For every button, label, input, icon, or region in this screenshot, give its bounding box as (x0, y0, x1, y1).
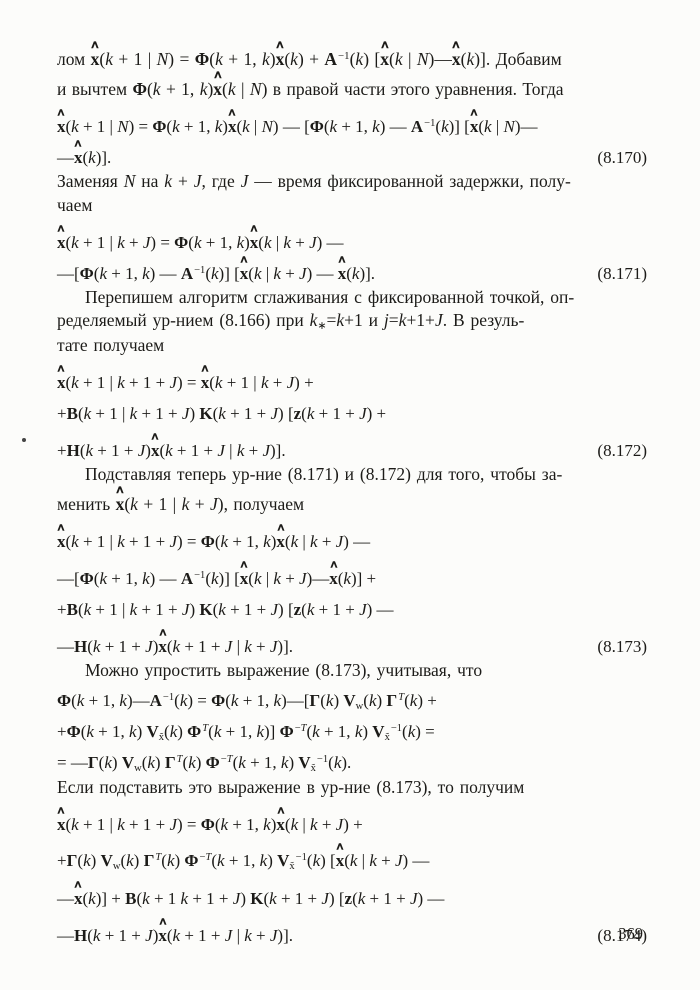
line-text: и вычтем Φ(k + 1, k)x(k | N) в правой ча… (57, 79, 564, 102)
document-line: ределяемый ур-нием (8.166) при k∗=k+1 и … (57, 310, 647, 334)
line-text: Подставляя теперь ур-ние (8.171) и (8.17… (57, 464, 562, 487)
line-text: —x(k)]. (57, 148, 111, 170)
document-line: чаем (57, 194, 647, 218)
line-text: x(k + 1 | N) = Φ(k + 1, k)x(k | N) — [Φ(… (57, 117, 537, 139)
line-text: —x(k)] + B(k + 1 k + 1 + J) K(k + 1 + J)… (57, 889, 444, 911)
document-line: +B(k + 1 | k + 1 + J) K(k + 1 + J) [z(k … (57, 395, 647, 426)
equation-number: (8.170) (597, 148, 647, 170)
document-line: x(k + 1 | k + 1 + J) = Φ(k + 1, k)x(k | … (57, 800, 647, 837)
line-text: менить x(k + 1 | k + J), получаем (57, 494, 304, 517)
document-line: x(k + 1 | k + 1 + J) = Φ(k + 1, k)x(k | … (57, 517, 647, 554)
line-text: ределяемый ур-нием (8.166) при k∗=k+1 и … (57, 310, 524, 334)
line-text: = —Γ(k) Vw(k) ΓT(k) Φ−T(k + 1, k) Vx̃−1(… (57, 753, 351, 776)
document-line: тате получаем (57, 334, 647, 358)
document-line: и вычтем Φ(k + 1, k)x(k | N) в правой ча… (57, 72, 647, 102)
document-line: лом x(k + 1 | N) = Φ(k + 1, k)x(k) + A−1… (57, 42, 647, 72)
document-line: —H(k + 1 + J)x(k + 1 + J | k + J)]. (8.1… (57, 622, 647, 659)
equation-number: (8.171) (597, 264, 647, 286)
document-line: менить x(k + 1 | k + J), получаем (57, 487, 647, 517)
line-text: +Φ(k + 1, k) Vx̃(k) ΦT(k + 1, k)] Φ−T(k … (57, 722, 435, 745)
line-text: x(k + 1 | k + 1 + J) = x(k + 1 | k + J) … (57, 373, 314, 395)
document-line: —[Φ(k + 1, k) — A−1(k)] [x(k | k + J)—x(… (57, 554, 647, 591)
document-line: Φ(k + 1, k)—A−1(k) = Φ(k + 1, k)—[Γ(k) V… (57, 683, 647, 714)
document-line: x(k + 1 | k + 1 + J) = x(k + 1 | k + J) … (57, 358, 647, 395)
document-line: —H(k + 1 + J)x(k + 1 + J | k + J)]. (8.1… (57, 911, 647, 948)
line-text: +B(k + 1 | k + 1 + J) K(k + 1 + J) [z(k … (57, 404, 386, 426)
line-text: x(k + 1 | k + 1 + J) = Φ(k + 1, k)x(k | … (57, 532, 370, 554)
line-text: Перепишем алгоритм сглаживания с фиксиро… (57, 287, 574, 310)
line-text: чаем (57, 195, 92, 218)
document-line: —x(k)] + B(k + 1 k + 1 + J) K(k + 1 + J)… (57, 874, 647, 911)
document-line: = —Γ(k) Vw(k) ΓT(k) Φ−T(k + 1, k) Vx̃−1(… (57, 745, 647, 776)
document-line: x(k + 1 | k + J) = Φ(k + 1, k)x(k | k + … (57, 218, 647, 255)
document-line: Если подставить это выражение в ур-ние (… (57, 776, 647, 800)
line-text: —H(k + 1 + J)x(k + 1 + J | k + J)]. (57, 637, 293, 659)
document-line: +Φ(k + 1, k) Vx̃(k) ΦT(k + 1, k)] Φ−T(k … (57, 714, 647, 745)
page-text: лом x(k + 1 | N) = Φ(k + 1, k)x(k) + A−1… (57, 42, 647, 948)
document-line: —[Φ(k + 1, k) — A−1(k)] [x(k | k + J) — … (57, 255, 647, 286)
line-text: Если подставить это выражение в ур-ние (… (57, 777, 524, 800)
line-text: тате получаем (57, 335, 164, 358)
equation-number: (8.173) (597, 637, 647, 659)
line-text: —H(k + 1 + J)x(k + 1 + J | k + J)]. (57, 926, 293, 948)
document-line: Можно упростить выражение (8.173), учиты… (57, 659, 647, 683)
equation-number: (8.172) (597, 441, 647, 463)
line-text: —[Φ(k + 1, k) — A−1(k)] [x(k | k + J)—x(… (57, 569, 376, 591)
line-text: +H(k + 1 + J)x(k + 1 + J | k + J)]. (57, 441, 286, 463)
line-text: x(k + 1 | k + 1 + J) = Φ(k + 1, k)x(k | … (57, 815, 363, 837)
line-text: +B(k + 1 | k + 1 + J) K(k + 1 + J) [z(k … (57, 600, 394, 622)
document-line: Заменяя N на k + J, где J — время фиксир… (57, 170, 647, 194)
document-line: x(k + 1 | N) = Φ(k + 1, k)x(k | N) — [Φ(… (57, 102, 647, 139)
line-text: Заменяя N на k + J, где J — время фиксир… (57, 171, 571, 194)
document-line: Подставляя теперь ур-ние (8.171) и (8.17… (57, 463, 647, 487)
line-text: Φ(k + 1, k)—A−1(k) = Φ(k + 1, k)—[Γ(k) V… (57, 691, 437, 714)
document-line: +B(k + 1 | k + 1 + J) K(k + 1 + J) [z(k … (57, 591, 647, 622)
line-text: лом x(k + 1 | N) = Φ(k + 1, k)x(k) + A−1… (57, 49, 562, 72)
print-speck (22, 438, 26, 442)
document-line: +H(k + 1 + J)x(k + 1 + J | k + J)]. (8.1… (57, 426, 647, 463)
line-text: —[Φ(k + 1, k) — A−1(k)] [x(k | k + J) — … (57, 264, 375, 286)
document-line: —x(k)]. (8.170) (57, 139, 647, 170)
line-text: +Γ(k) Vw(k) ΓT(k) Φ−T(k + 1, k) Vx̃−1(k)… (57, 851, 429, 874)
line-text: x(k + 1 | k + J) = Φ(k + 1, k)x(k | k + … (57, 233, 344, 255)
document-line: Перепишем алгоритм сглаживания с фиксиро… (57, 286, 647, 310)
document-line: +Γ(k) Vw(k) ΓT(k) Φ−T(k + 1, k) Vx̃−1(k)… (57, 837, 647, 874)
page-number: 369 (618, 924, 643, 944)
line-text: Можно упростить выражение (8.173), учиты… (57, 660, 482, 683)
book-page: лом x(k + 1 | N) = Φ(k + 1, k)x(k) + A−1… (0, 0, 700, 990)
